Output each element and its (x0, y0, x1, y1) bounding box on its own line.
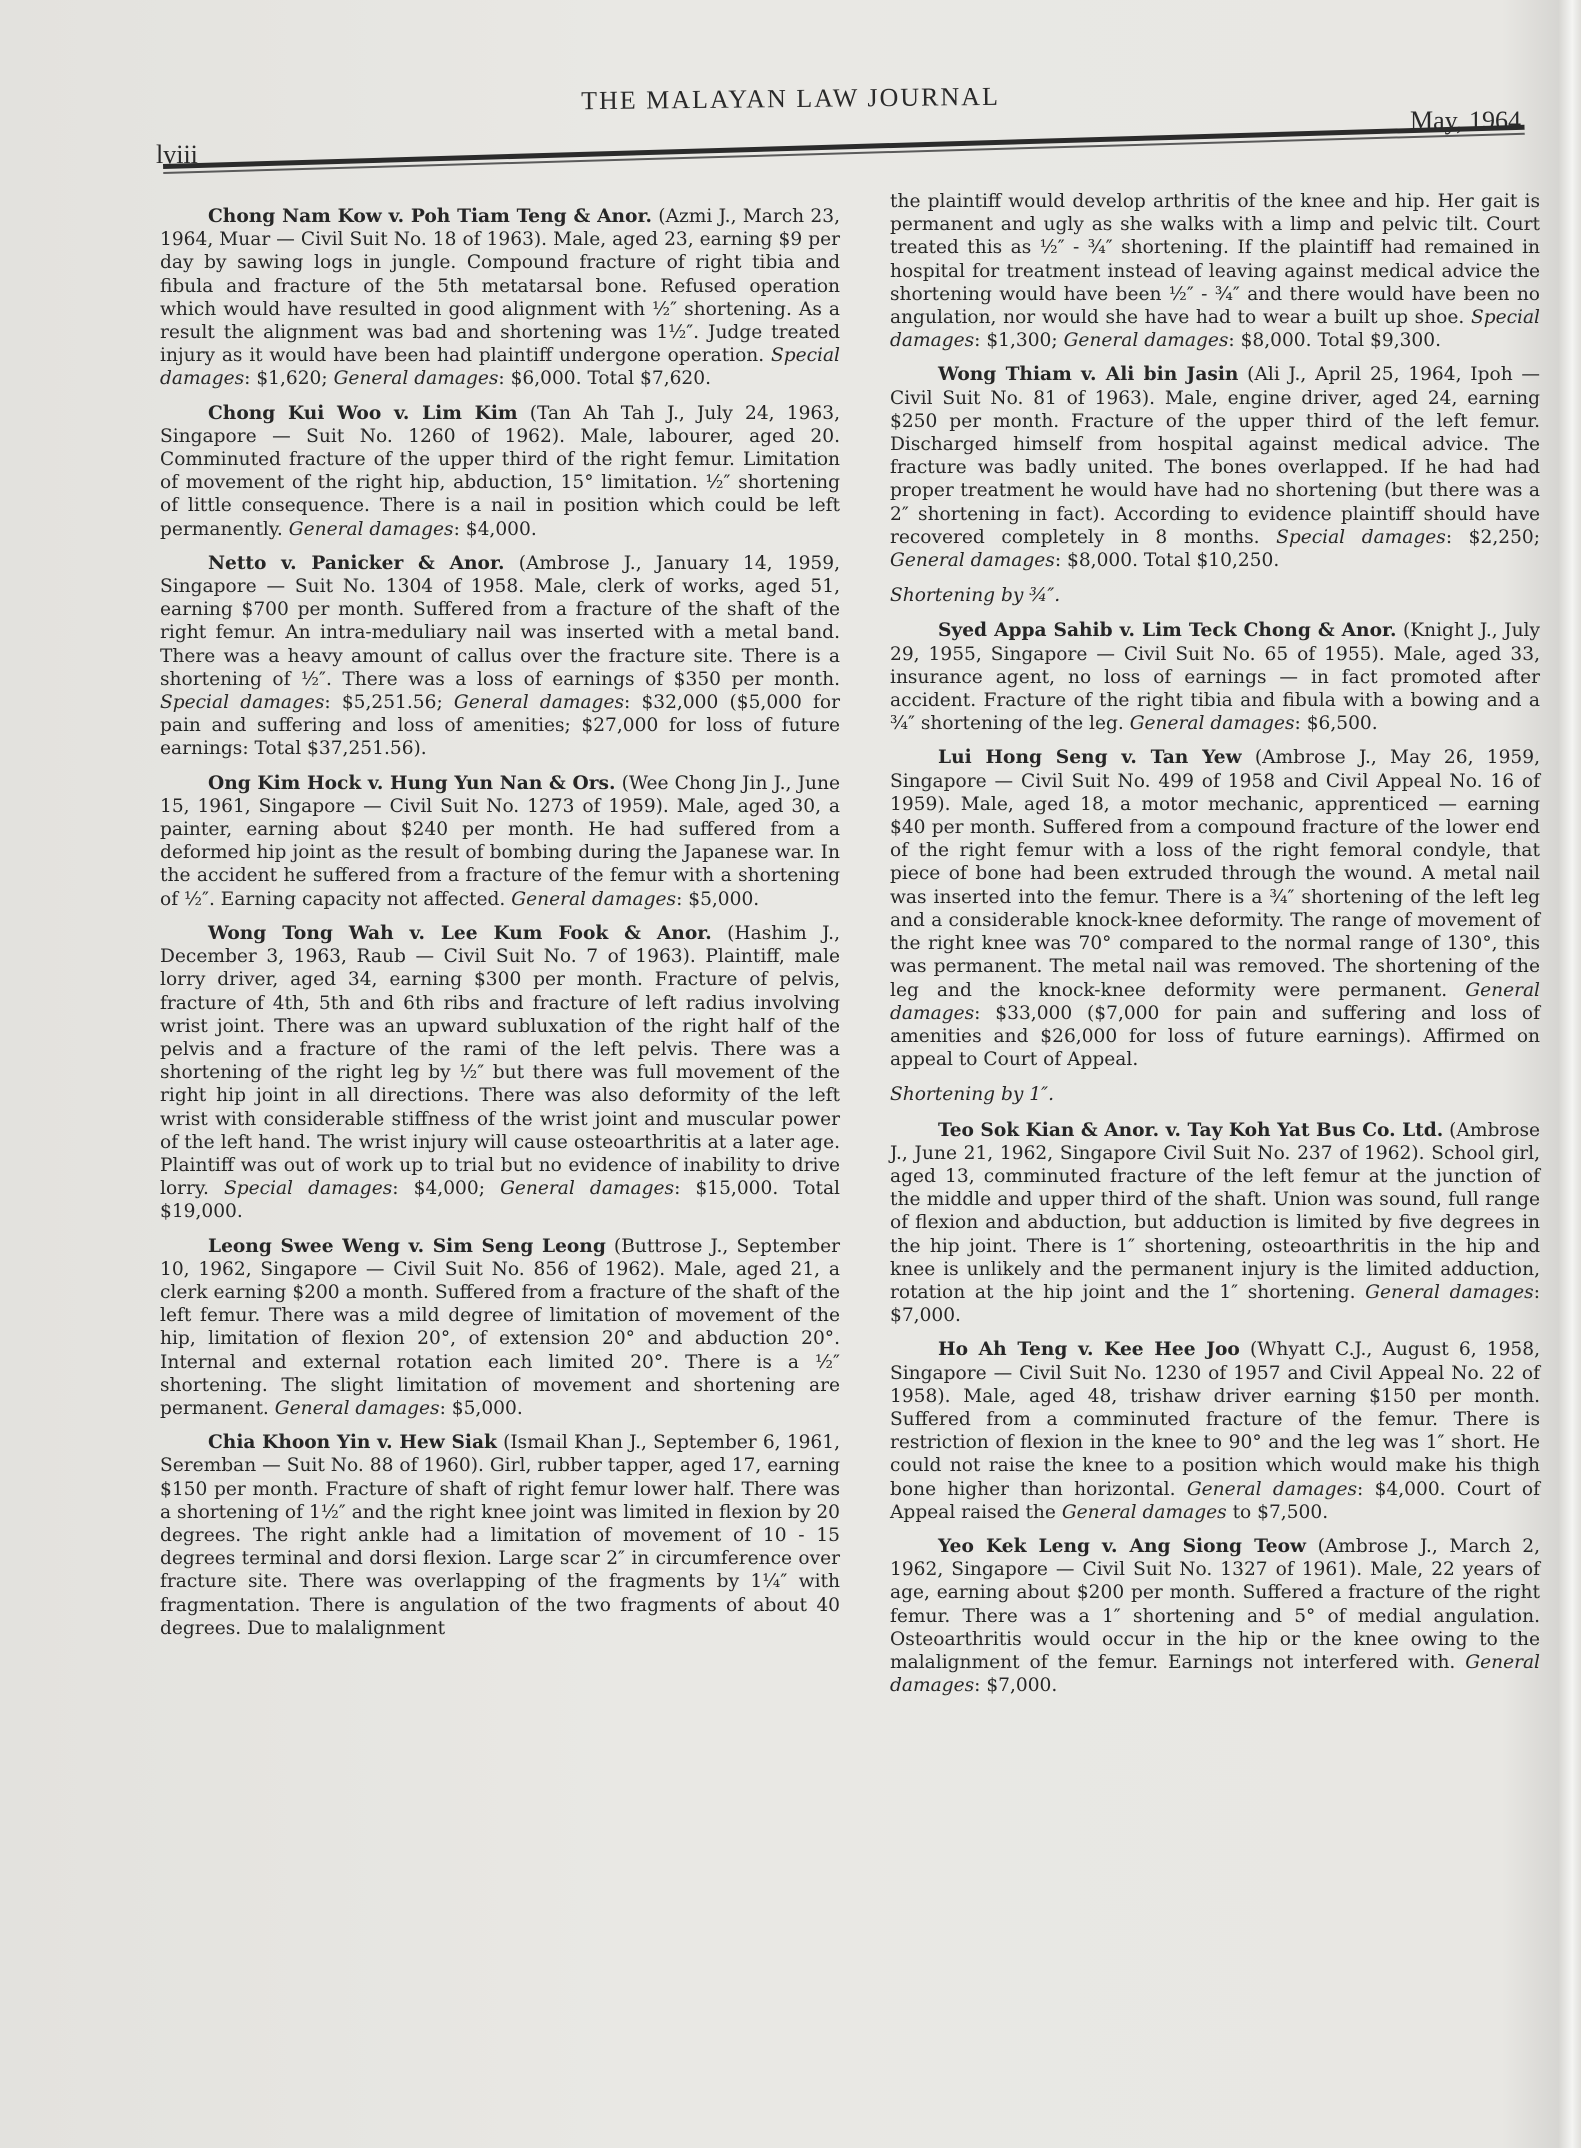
case-entry: Chong Kui Woo v. Lim Kim (Tan Ah Tah J.,… (160, 402, 840, 541)
case-entry: Ong Kim Hock v. Hung Yun Nan & Ors. (Wee… (160, 772, 840, 911)
journal-title: THE MALAYAN LAW JOURNAL (0, 76, 1581, 123)
case-parties: Netto v. Panicker & Anor. (208, 553, 505, 574)
right-column: the plaintiff would develop arthritis of… (890, 190, 1540, 1708)
case-parties: Lui Hong Seng v. Tan Yew (938, 747, 1242, 768)
page-edge (1559, 0, 1581, 2148)
case-parties: Chong Nam Kow v. Poh Tiam Teng & Anor. (208, 206, 652, 227)
section-heading-one-inch: Shortening by 1″. (890, 1083, 1540, 1106)
case-parties: Ho Ah Teng v. Kee Hee Joo (938, 1339, 1240, 1360)
header-rule-thin (163, 133, 1524, 174)
case-parties: Leong Swee Weng v. Sim Seng Leong (208, 1236, 606, 1257)
case-parties: Wong Thiam v. Ali bin Jasin (938, 364, 1238, 385)
case-parties: Yeo Kek Leng v. Ang Siong Teow (938, 1536, 1306, 1557)
section-heading-three-quarter: Shortening by ¾″. (890, 584, 1540, 607)
journal-page: THE MALAYAN LAW JOURNAL lviii May, 1964 … (0, 0, 1581, 2148)
case-entry: Leong Swee Weng v. Sim Seng Leong (Buttr… (160, 1235, 840, 1421)
case-entry: Lui Hong Seng v. Tan Yew (Ambrose J., Ma… (890, 746, 1540, 1071)
header-rule-thick (163, 125, 1525, 169)
case-entry: Syed Appa Sahib v. Lim Teck Chong & Anor… (890, 619, 1540, 735)
case-continuation: the plaintiff would develop arthritis of… (890, 190, 1540, 352)
case-entry: Teo Sok Kian & Anor. v. Tay Koh Yat Bus … (890, 1119, 1540, 1328)
case-parties: Teo Sok Kian & Anor. v. Tay Koh Yat Bus … (938, 1120, 1443, 1141)
case-parties: Syed Appa Sahib v. Lim Teck Chong & Anor… (938, 620, 1397, 641)
header-rule (163, 125, 1525, 174)
case-entry: Wong Thiam v. Ali bin Jasin (Ali J., Apr… (890, 363, 1540, 572)
case-entry: Chong Nam Kow v. Poh Tiam Teng & Anor. (… (160, 205, 840, 391)
case-entry: Yeo Kek Leng v. Ang Siong Teow (Ambrose … (890, 1535, 1540, 1697)
left-column: Chong Nam Kow v. Poh Tiam Teng & Anor. (… (160, 205, 840, 1651)
case-parties: Chong Kui Woo v. Lim Kim (208, 403, 518, 424)
case-parties: Ong Kim Hock v. Hung Yun Nan & Ors. (208, 773, 616, 794)
case-entry: Ho Ah Teng v. Kee Hee Joo (Whyatt C.J., … (890, 1338, 1540, 1524)
case-parties: Wong Tong Wah v. Lee Kum Fook & Anor. (208, 923, 712, 944)
case-parties: Chia Khoon Yin v. Hew Siak (208, 1432, 497, 1453)
case-entry: Chia Khoon Yin v. Hew Siak (Ismail Khan … (160, 1431, 840, 1640)
case-entry: Netto v. Panicker & Anor. (Ambrose J., J… (160, 552, 840, 761)
case-entry: Wong Tong Wah v. Lee Kum Fook & Anor. (H… (160, 922, 840, 1224)
